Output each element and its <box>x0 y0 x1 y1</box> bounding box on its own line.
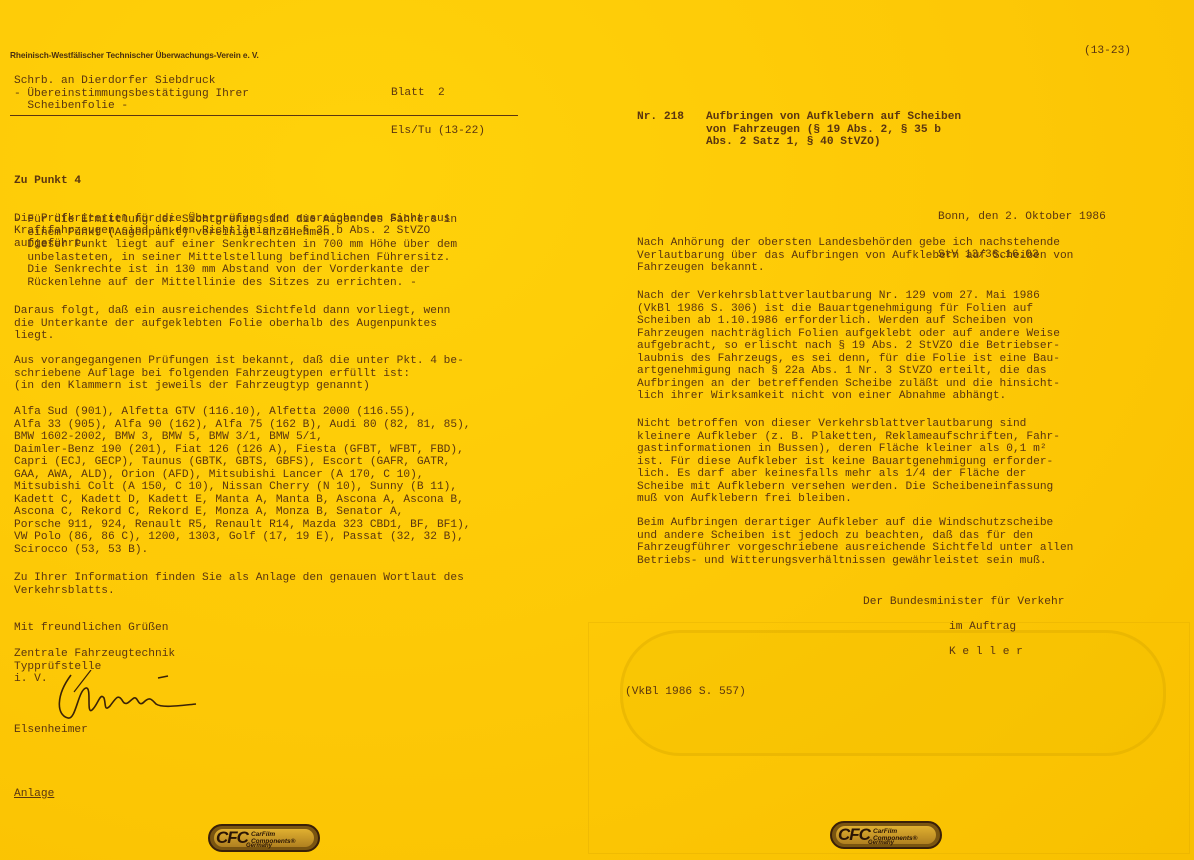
watermark-ghost-text <box>588 782 594 808</box>
cfc-logo: CFC CarFilm Components® Germany <box>208 824 320 852</box>
text-line: Nach Anhörung der obersten Landesbehörde… <box>637 237 1073 250</box>
text-line: gastinformationen in Bussen), deren Fläc… <box>637 443 1060 456</box>
text-line: von Fahrzeugen (§ 19 Abs. 2, § 35 b <box>706 124 961 137</box>
signer-name: Elsenheimer <box>14 724 88 737</box>
organization-header: Rheinisch-Westfälischer Technischer Über… <box>10 50 259 60</box>
authority: Der Bundesminister für Verkehr <box>863 596 1064 609</box>
text-line: muß von Aufklebern frei bleiben. <box>637 493 1060 506</box>
citation: (VkBl 1986 S. 557) <box>625 686 746 699</box>
announcement-paragraph-2: Nach der Verkehrsblattverlautbarung Nr. … <box>637 290 1060 403</box>
minister-signer: K e l l e r <box>949 646 1023 659</box>
logo-mark: CFC <box>838 825 870 845</box>
text-line: Zentrale Fahrzeugtechnik <box>14 648 175 661</box>
text-line: Abs. 2 Satz 1, § 40 StVZO) <box>706 136 961 149</box>
section-heading: Zu Punkt 4 <box>14 175 450 188</box>
text-line: Aus vorangegangenen Prüfungen ist bekann… <box>14 355 464 368</box>
text-line: artgenehmigung nach § 22a Abs. 1 Nr. 3 S… <box>637 365 1060 378</box>
text-line: aufgebracht, so erlischt nach § 19 Abs. … <box>637 340 1060 353</box>
announcement-paragraph-4: Beim Aufbringen derartiger Aufkleber auf… <box>637 517 1073 567</box>
handwritten-signature <box>46 670 216 725</box>
text-line: lich ihrer Wirksamkeit nicht von einer A… <box>637 390 1060 403</box>
text-line: Verlautbarung über das Aufbringen von Au… <box>637 250 1073 263</box>
text-line: GAA, AWA, ALD), Orion (AFD), Mitsubishi … <box>14 469 471 482</box>
vehicle-list: Alfa Sud (901), Alfetta GTV (116.10), Al… <box>14 406 471 556</box>
subject-block: Schrb. an Dierdorfer Siebdruck- Übereins… <box>14 75 249 113</box>
text-line: lich. Es darf aber keinesfalls mehr als … <box>637 468 1060 481</box>
announcement-number: Nr. 218 <box>637 111 684 124</box>
text-line: Alfa 33 (905), Alfa 90 (162), Alfa 75 (1… <box>14 419 471 432</box>
text-line: Verkehrsblatts. <box>14 585 464 598</box>
logo-country: Germany <box>246 843 272 849</box>
text-line: Schrb. an Dierdorfer Siebdruck <box>14 75 249 88</box>
text-line: Scheibe mit Aufklebern versehen werden. … <box>637 481 1060 494</box>
text-line: (VkBl 1986 S. 306) ist die Bauartgenehmi… <box>637 303 1060 316</box>
text-line: - Übereinstimmungsbestätigung Ihrer <box>14 88 249 101</box>
sheet-number: Blatt 2 <box>391 87 485 100</box>
text-line: Beim Aufbringen derartiger Aufkleber auf… <box>637 517 1073 530</box>
text-line: Aufbringen an der betreffenden Scheibe z… <box>637 378 1060 391</box>
text-line: Fahrzeugen nachträglich Folien aufgekleb… <box>637 328 1060 341</box>
criteria-paragraph: - Für die Ermittlung der Sichtgrenze sin… <box>14 214 457 289</box>
text-line: VW Polo (86, 86 C), 1200, 1303, Golf (17… <box>14 531 471 544</box>
announcement-title: Aufbringen von Aufklebern auf Scheibenvo… <box>706 111 961 149</box>
place-date: Bonn, den 2. Oktober 1986 <box>938 211 1106 224</box>
cfc-logo: CFC CarFilm Components® Germany <box>830 821 942 849</box>
text-line: und andere Scheiben ist jedoch zu beacht… <box>637 530 1073 543</box>
text-line: Rückenlehne auf der Mittellinie des Sitz… <box>14 277 457 290</box>
letter-page-right: (13-23) Nr. 218 Aufbringen von Aufkleber… <box>580 0 1194 860</box>
text-line: Capri (ECJ, GECP), Taunus (GBTK, GBTS, G… <box>14 456 471 469</box>
text-line: Scirocco (53, 53 B). <box>14 544 471 557</box>
greeting: Mit freundlichen Grüßen <box>14 622 168 635</box>
text-line: - Für die Ermittlung der Sichtgrenze sin… <box>14 214 457 227</box>
letter-page-left: Rheinisch-Westfälischer Technischer Über… <box>0 0 580 860</box>
text-line: Die Senkrechte ist in 130 mm Abstand von… <box>14 264 457 277</box>
text-line: Nach der Verkehrsblattverlautbarung Nr. … <box>637 290 1060 303</box>
text-line: Scheibenfolie - <box>14 100 249 113</box>
text-line: Betriebs- und Witterungsverhältnissen ge… <box>637 555 1073 568</box>
text-line: Ascona C, Rekord C, Rekord E, Monza A, M… <box>14 506 471 519</box>
text-line: Daimler-Benz 190 (201), Fiat 126 (126 A)… <box>14 444 471 457</box>
text-line: schriebene Auflage bei folgenden Fahrzeu… <box>14 368 464 381</box>
text-line: unbelasteten, in seiner Mittelstellung b… <box>14 252 457 265</box>
file-reference: Els/Tu (13-22) <box>391 125 485 138</box>
text-line: Dieser Punkt liegt auf einer Senkrechten… <box>14 239 457 252</box>
logo-country: Germany <box>868 840 894 846</box>
info-paragraph: Zu Ihrer Information finden Sie als Anla… <box>14 572 464 597</box>
text-line: BMW 1602-2002, BMW 3, BMW 5, BMW 3/1, BM… <box>14 431 471 444</box>
text-line: Nicht betroffen von dieser Verkehrsblatt… <box>637 418 1060 431</box>
text-line: laubnis des Fahrzeugs, es sei denn, für … <box>637 353 1060 366</box>
announcement-paragraph-3: Nicht betroffen von dieser Verkehrsblatt… <box>637 418 1060 506</box>
header-divider <box>10 115 518 116</box>
text-line: einem Punkt (Augenpunkt) vereinigt anzun… <box>14 227 457 240</box>
conclusion-paragraph: Daraus folgt, daß ein ausreichendes Sich… <box>14 305 450 343</box>
text-line: Daraus folgt, daß ein ausreichendes Sich… <box>14 305 450 318</box>
text-line: Scheiben ab 1.10.1986 erforderlich. Werd… <box>637 315 1060 328</box>
tests-paragraph: Aus vorangegangenen Prüfungen ist bekann… <box>14 355 464 393</box>
text-line: die Unterkante der aufgeklebten Folie ob… <box>14 318 450 331</box>
text-line: Aufbringen von Aufklebern auf Scheiben <box>706 111 961 124</box>
text-line: Fahrzeugen bekannt. <box>637 262 1073 275</box>
text-line: Fahrzeugführer vorgeschriebene ausreiche… <box>637 542 1073 555</box>
page-reference: (13-23) <box>1084 45 1131 58</box>
attachment-link[interactable]: Anlage <box>14 788 54 801</box>
text-line: Zu Ihrer Information finden Sie als Anla… <box>14 572 464 585</box>
text-line: Mitsubishi Colt (A 150, C 10), Nissan Ch… <box>14 481 471 494</box>
text-line: kleinere Aufkleber (z. B. Plaketten, Rek… <box>637 431 1060 444</box>
text-line: ist. Für diese Aufkleber ist keine Bauar… <box>637 456 1060 469</box>
announcement-paragraph-1: Nach Anhörung der obersten Landesbehörde… <box>637 237 1073 275</box>
text-line: Alfa Sud (901), Alfetta GTV (116.10), Al… <box>14 406 471 419</box>
text-line: Kadett C, Kadett D, Kadett E, Manta A, M… <box>14 494 471 507</box>
logo-mark: CFC <box>216 828 248 848</box>
on-behalf: im Auftrag <box>949 621 1016 634</box>
text-line: liegt. <box>14 330 450 343</box>
text-line: (in den Klammern ist jeweils der Fahrzeu… <box>14 380 464 393</box>
text-line: Porsche 911, 924, Renault R5, Renault R1… <box>14 519 471 532</box>
sheet-reference: Blatt 2 Els/Tu (13-22) <box>391 62 485 162</box>
